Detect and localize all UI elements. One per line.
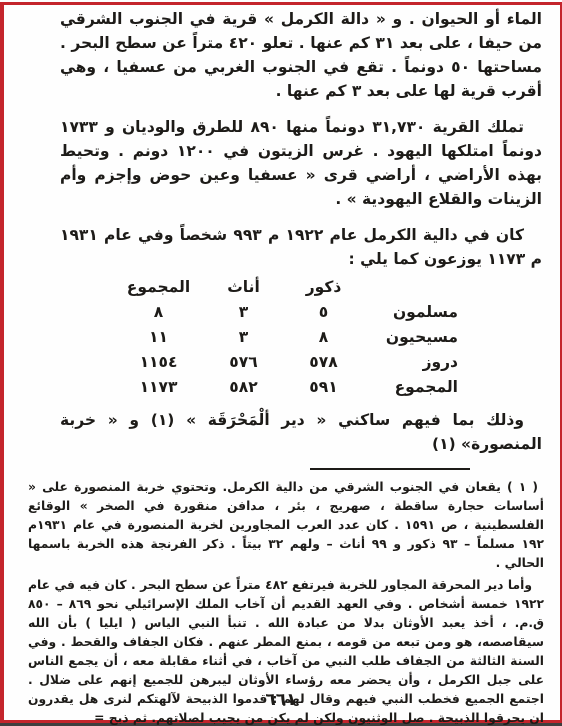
page-frame-top-line: [0, 2, 562, 5]
table-cell-males: ٥: [281, 300, 366, 325]
table-corner-empty: [366, 275, 458, 300]
table-row-label: دروز: [366, 350, 458, 375]
paragraph-village-intro: الماء أو الحيوان . و « دالة الكرمل » قري…: [60, 7, 542, 103]
table-cell-males: ٨: [281, 325, 366, 350]
page-content: الماء أو الحيوان . و « دالة الكرمل » قري…: [60, 7, 542, 726]
paragraph-land-ownership: تملك القرية ٣١,٧٣٠ دونماً منها ٨٩٠ للطرق…: [60, 115, 542, 211]
table-cell-females: ٥٧٦: [206, 350, 281, 375]
footnote-separator-rule: [310, 468, 470, 470]
footnote-khirbet-mansura: ( ١ ) يقعان في الجنوب الشرقي من دالية ال…: [28, 478, 544, 573]
table-cell-total: ٨: [111, 300, 206, 325]
table-cell-total: ١١: [111, 325, 206, 350]
page-frame-left-line: [0, 2, 4, 723]
paragraph-population-years: كان في دالية الكرمل عام ١٩٢٢ م ٩٩٣ شخصاً…: [60, 223, 542, 271]
table-header-total: المجموع: [111, 275, 206, 300]
table-header-males: ذكور: [281, 275, 366, 300]
table-cell-females: ٣: [206, 300, 281, 325]
population-table: ذكور أناث المجموع مسلمون ٥ ٣ ٨ مسيحيون ٨…: [111, 275, 458, 400]
table-row-label: مسيحيون: [366, 325, 458, 350]
book-page: الماء أو الحيوان . و « دالة الكرمل » قري…: [0, 0, 562, 726]
page-number: ٦٦١: [0, 690, 562, 710]
table-cell-females: ٣: [206, 325, 281, 350]
table-cell-males: ٥٩١: [281, 375, 366, 400]
table-cell-total: ١١٥٤: [111, 350, 206, 375]
table-row-label: مسلمون: [366, 300, 458, 325]
paragraph-includes-residents: وذلك بما فيهم ساكني « دير ألْمَحْرَقَة »…: [60, 408, 542, 456]
footnotes-section: ( ١ ) يقعان في الجنوب الشرقي من دالية ال…: [28, 478, 544, 726]
table-cell-females: ٥٨٢: [206, 375, 281, 400]
table-header-females: أناث: [206, 275, 281, 300]
table-cell-total: ١١٧٣: [111, 375, 206, 400]
table-cell-males: ٥٧٨: [281, 350, 366, 375]
table-row-label: المجموع: [366, 375, 458, 400]
